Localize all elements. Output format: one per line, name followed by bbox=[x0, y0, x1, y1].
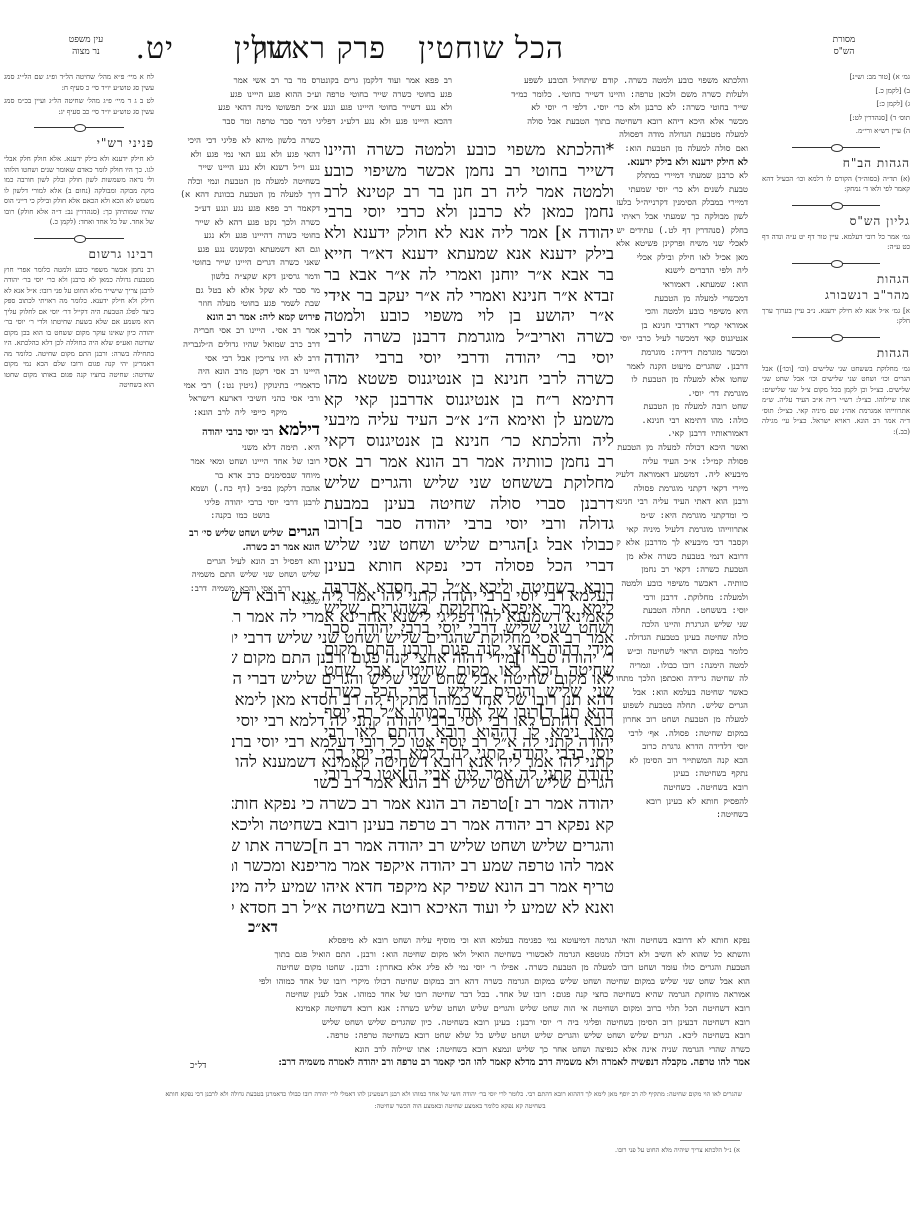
tosafot-dh-hagrim: הגרים שליש ושחט שליש סי׳ רב bbox=[160, 523, 320, 541]
rashi-line: שייר בחוטי כשרה: לא כרבנן ולא כר׳ יוסי. … bbox=[458, 101, 748, 115]
rashi-line: ומכשר מוגרמת דידיה: מוגרמת bbox=[616, 346, 748, 360]
rashi-line: כולה שחיטה בעינן בטבעת הגדולה. bbox=[616, 631, 748, 645]
footnote-note: א) נ״ל הלכתא צריך שיהיה מלא החוט על פני … bbox=[600, 1145, 740, 1155]
tosafot-line: דרב כרב שמואל שהיו גדולים ה״לגבריה bbox=[160, 338, 320, 352]
rashi-line: ואשר היכא דכולה למעלה מן הטבעת bbox=[616, 441, 748, 455]
gershom-continuation: שהגרים לאו הוי מקום שחיטה: מתקיף לה רב י… bbox=[86, 1089, 742, 1099]
gemara-line: אמר רב אסי מחלוקת שהגרים שליש ושחט שני ש… bbox=[232, 628, 614, 649]
gemara-line: דעלמא רבי יוסי ברבי יהודה קתני להו אמר ל… bbox=[232, 586, 614, 607]
tosafot-line: בשחיטה למעלה מן הטבעת ונמי וכלה bbox=[160, 175, 320, 189]
rashi-line: שני שליש הגרגרת והיינו הלכה bbox=[616, 618, 748, 632]
rashi-line: הוא: שמעתא. דאמוראי bbox=[616, 278, 748, 292]
hagahot-maharav-text: א] גמ׳ א״ל אנא לא חילק ידענא. נ״ב עיין ב… bbox=[762, 306, 910, 327]
tosafot-line: פגע בחוטי כשרה שייר בחוטי טרפה וע״כ ההוא… bbox=[160, 88, 452, 102]
rashi-line: פסולה קמ״ל: א״כ העיד עליה bbox=[616, 455, 748, 469]
rashi-line: כולה: מהו דתימא רבי חנינא. bbox=[616, 414, 748, 428]
ein-mishpat-entry: לט ב ג ד מיי׳ פ״ג מהל׳ שחיטה הל״ג ועיין … bbox=[4, 96, 154, 117]
tosafot-line: ודמר גרסינן דקא שקצ״ה בלשון bbox=[160, 270, 320, 284]
tosafot-line: רובו של אחד הייינו ושחט ומאי אמר bbox=[160, 455, 320, 469]
footnote-rule bbox=[680, 1140, 740, 1141]
tosafot-dibbur-hamatchil: פירוש קמא ליה: אמר רב הונא bbox=[160, 311, 320, 325]
tosafot-line: דקאמר רב פפא פגע נגע ונגע דע״כ bbox=[160, 202, 320, 216]
tosafot-line: דהכא הייינו פגע ולא נגע דלע״ג דפליגי דמר… bbox=[160, 115, 452, 129]
rashi-line: וקסבר דכי מיבעיא לך מדרבנן אלא קא bbox=[616, 536, 748, 550]
tosafot-line: היא. תימה דלא משני bbox=[160, 441, 320, 455]
rashi-line: יוסי דלדידה הדרא גרגרת כרוב bbox=[616, 740, 748, 754]
gemara-line: כבולו אבל ג]הגרים שליש ושחט שני שליש bbox=[324, 535, 614, 556]
rashi-dibbur-hamatchil: לא חילק ידענא ולא בילק ידענא. bbox=[616, 156, 748, 170]
rashi-line: מאן אכיל לאו חילק ובילק אכלי bbox=[616, 251, 748, 265]
rashi-line: דרובא דנמי בטבעת כשרה אלא מן bbox=[616, 550, 748, 564]
rashi-line: למעלה מן הטבעת ושחט רוב אחרון bbox=[616, 713, 748, 727]
gemara-line: דשייר בחוטי רב נחמן אכשר משיפוי כובע bbox=[324, 161, 614, 182]
rashi-line: מיירי דקאי דקתני מוגרמת פסולה bbox=[616, 482, 748, 496]
rashi-line: שחטו אלא למעלה מן הטבעת לו bbox=[616, 373, 748, 387]
rashi-line: כוותיה. דאכשר משיפוי כובע ולמטה bbox=[616, 577, 748, 591]
gemara-line: יהודה אמר רב ז]טרפה רב הונא אמר רב כשרה … bbox=[232, 794, 614, 815]
rashi-bottom: נפקא חותא לא דרובא בשחיטה והאי הגרמה דמי… bbox=[160, 934, 750, 1080]
rashi-line: נתקף בשחיטה: בעינן bbox=[616, 767, 748, 781]
gemara-text-wide: דעלמא רבי יוסי ברבי יהודה קתני להו אמר ל… bbox=[232, 586, 614, 919]
tosafot-line: שאני כשרה דגרים הייינו שייר בחוטי bbox=[160, 256, 320, 270]
rashi-line: והלכתא משפוי כובע ולמטה כשרה. קודם שיתחי… bbox=[458, 74, 748, 88]
rashi-line: לה שחיטה גרידה ואכתפן הלכך מתחר bbox=[616, 672, 748, 686]
gemara-line: הגרים שליש ושחט שליש רב הונא אמר רב כשרה… bbox=[314, 773, 614, 794]
gilyon-hashas-heading: גליון הש"ס bbox=[762, 213, 910, 229]
rashi-line: והשתא כל שהוא לא חשיב ולא דכולה מגוטפא ה… bbox=[160, 948, 750, 962]
tosafot-line: שליש ושחט שני שליש התם משמיה bbox=[160, 568, 320, 582]
masoret-ref: ב) [לקמן כ.] bbox=[762, 86, 910, 97]
gemara-line: לאו מקום שחיטה אבל שחט שני שליש והגרים ש… bbox=[232, 669, 614, 690]
tractate-name: חולין bbox=[234, 32, 294, 66]
right-margin: גמ׳ א) [טור מב: וש״נ] ב) [לקמן כ.] ג) [ל… bbox=[762, 72, 910, 492]
gemara-line: והגרים שליש ושחט שליש רב יהודה אמר רב ח]… bbox=[232, 836, 614, 857]
tosafot-line: ולא נגע דשייר בחוטי הייינו פגע ונגע א״כ … bbox=[160, 101, 452, 115]
gemara-line: משמע לן ואימא ה״נ א״כ העיד עליה מיבעי bbox=[324, 410, 614, 431]
tosafot-line: דהאי פגע ולא נגע האי נמי פגע ולא bbox=[160, 148, 320, 162]
rashi-line: רובא דשחיטה הכל תלוי ברוב ומקום ושחיטה א… bbox=[160, 1002, 750, 1016]
rashi-line: נפקא חותא לא דרובא בשחיטה והאי הגרמה דמי… bbox=[160, 934, 750, 948]
tosafot-line: הונא אמר רב כשרה. bbox=[160, 541, 320, 555]
rashi-line: בשחיטה: bbox=[616, 808, 748, 822]
gemara-line: רב נחמן כוותיה אמר רב הונא אמר רב אסי bbox=[324, 452, 614, 473]
gemara-line: כשרה לרבי חנינא בן אנטיגנוס פשטא מהו bbox=[324, 369, 614, 390]
rashi-line: לאכלי שני משיח ופרקינן פשיטא אלא bbox=[616, 237, 748, 251]
rashi-line: טבעת לשנים ולא כר׳ יוסי שמעתי bbox=[616, 183, 748, 197]
tosafot-line: כדאמרי׳ בתינוקין (גיטין נט:) רבי אמי bbox=[160, 379, 320, 393]
rashi-line: להפסיק חותא לא בעינן רובא bbox=[616, 795, 748, 809]
ornament-divider bbox=[792, 259, 881, 267]
tosafot-line: והא דפסיל רב הונא לעיל הגרים bbox=[160, 555, 320, 569]
rashi-line: אנטיגנוס קאי דמכשר לעיל כרבי יוסי bbox=[616, 332, 748, 346]
rashi-line: מכשר אלא היכא דיהא רובא דשחיטה בתוך הטבע… bbox=[458, 115, 748, 129]
rashi-line: כאשר שחיטה בעלמא הוא: אבל bbox=[616, 686, 748, 700]
rashi-line: בחלק (סנהדרין דף לט.) עתידים ישראל bbox=[616, 224, 748, 238]
page-header: מסורת הש"ס הכל שוחטין פרק ראשון חולין יט… bbox=[0, 30, 914, 70]
rashi-line: אמוראה מוחזקת הגרמה שהיא בשחיטה כחצי קנה… bbox=[160, 988, 750, 1002]
ornament-divider bbox=[34, 123, 124, 131]
tosafot-dh-bold: הגרים bbox=[288, 524, 320, 540]
tosafot-column: כשרה בלשון מיהא לא פליגי דכי היכי דהאי פ… bbox=[160, 134, 320, 634]
tosafot-line: בחוטי כשרה דהייינו פגע ולא נגע bbox=[160, 229, 320, 243]
masoret-ref: תוס׳ ד) [סנהדרין לט:] bbox=[762, 113, 910, 124]
pninei-rashi-text: לא חילק ידענא ולא בילק ידענא. אלא חולק ח… bbox=[4, 154, 154, 228]
tosafot-line: דרך למעלה מן הטבעת בכוונת דהא א) bbox=[160, 188, 320, 202]
gemara-line: אמר להו טרפה שמע רב יהודה איקפד אמר מריפ… bbox=[232, 856, 614, 877]
rashi-line: יוסי: בששחט. תחלה הטבעת bbox=[616, 604, 748, 618]
tosafot-line: כשרה בלשון מיהא לא פליגי דכי היכי bbox=[160, 134, 320, 148]
ornament-divider bbox=[792, 333, 881, 341]
gemara-line: דתימא ר״ח בן אנטיגנוס אדרבנן קאי קא bbox=[324, 390, 614, 411]
gemara-line: בר אבא א״ר יוחנן ואמרי לה א״ר אבא בר bbox=[324, 265, 614, 286]
gilyon-hashas-text: גמ׳ אמר כל רובי דעלמא. עיין טור דף יט ע״… bbox=[762, 232, 910, 253]
gemara-line: ולמטה אמר ליה רב חנן בר רב קטינא לרב bbox=[324, 182, 614, 203]
rashi-line: הכא קנה המשתייר רוב הסימן לא bbox=[616, 754, 748, 768]
rashi-line: ולמעלה: מחלוקת. דרבנן ורבי bbox=[616, 591, 748, 605]
rashi-line: כלומר במקום הראוי לשחיטה וכ״ש bbox=[616, 645, 748, 659]
tosafot-dh-bold: דילמא bbox=[278, 420, 320, 440]
tosafot-line: מר סבר לא שקל אלא לא בטל גם bbox=[160, 284, 320, 298]
tosafot-dh-text: רבי יוסי ברבי יהודה bbox=[202, 427, 273, 438]
tosafot-line: נגע וי״ל דשנא ולא נגע הייינו שייר bbox=[160, 161, 320, 175]
hagahot-maharav-heading-2: מהר"ב רנשבורג bbox=[762, 287, 910, 303]
gemara-line: קאמינא דשמענא להו דפליגי לישנא אחרינא אמ… bbox=[232, 607, 614, 628]
gemara-line: זבדא א״ר חנינא ואמרי לה א״ר יעקב בר אידי bbox=[324, 286, 614, 307]
page-number: יט. bbox=[135, 32, 174, 66]
masoret-ref: ה) עיין רש״א ורי״מ. bbox=[762, 126, 910, 137]
gemara-line: יוסי בר׳ יהודה ודרבי יוסי ברבי יהודה bbox=[324, 348, 614, 369]
gemara-line: ואנא לא שמיע לי ועוד האיכא רובא בשחיטה א… bbox=[232, 898, 614, 919]
tosafot-dh-dilma: דילמא רבי יוסי ברבי יהודה bbox=[160, 419, 320, 441]
hagahot-heading: הגהות bbox=[762, 345, 910, 361]
gemara-line: דברי הכל פסולה דכי נפקא חותא בעינן bbox=[324, 556, 614, 577]
rashi-line: ואם סולה למעלה מן הטבעת הוא: bbox=[616, 142, 748, 156]
tosafot-dh-text: שליש ושחט שליש סי׳ רב bbox=[189, 528, 283, 539]
rashi-column: ואם סולה למעלה מן הטבעת הוא: לא חילק ידע… bbox=[616, 142, 748, 842]
masoret-hashas-label: מסורת הש"ס bbox=[814, 34, 874, 58]
gemara-line: א״ר יהושע בן לוי משפוי כובע ולמטה bbox=[324, 306, 614, 327]
pninei-rashi-heading: פניני רש"י bbox=[4, 135, 154, 151]
rashi-line: כי ומדקתני מוגרמת היא: ש״מ bbox=[616, 509, 748, 523]
gemara-line: יהודה קתני לה א״ל רב יוסף אטו כל רובי דע… bbox=[232, 732, 614, 753]
gemara-line: ליה והלכתא כר׳ חנינא בן אנטיגנוס דקאי bbox=[324, 431, 614, 452]
gemara-line: כשרה ואריב״ל מוגרמת דרבנן כשרה לרבי bbox=[324, 327, 614, 348]
tosafot-line: כשרה ולכך נקט פגע דהא לא שייר bbox=[160, 216, 320, 230]
ein-mishpat-entry: לח א מיי׳ פ״א מהל׳ שחיטה הל״ד ופ״ג שם הל… bbox=[4, 72, 154, 93]
rashi-line: רובא בשחיטה. כשחיטה bbox=[616, 781, 748, 795]
rashi-line: רובא דשחיטה דבעינן רוב הסימן בשחיטה ופלי… bbox=[160, 1016, 750, 1030]
tosafot-line: אהבה דלקמן בפ״ב (דף כח.) ושמא bbox=[160, 482, 320, 496]
rashi-line: רובא בשחיטה ליכא. הגרים שליש ושחט שליש ו… bbox=[160, 1029, 750, 1043]
gemara-line: בילק ידענא אנא שמעתא ידענא דא״ר חייא bbox=[324, 244, 614, 265]
masoret-hashas: גמ׳ א) [טור מב: וש״נ] ב) [לקמן כ.] ג) [ל… bbox=[762, 72, 910, 137]
rashi-line: לשון מבולקה כך שמעתי אבל ראיתי bbox=[616, 210, 748, 224]
tosafot-line: ורבי אסי כהני חשיבי דארעא דישראל bbox=[160, 392, 320, 406]
masoret-ref: ג) [לקמן כ:] bbox=[762, 99, 910, 110]
gemara-line: דהא תנן רובו של אחד כמוהו מתקיף לה רב חס… bbox=[232, 690, 614, 711]
gemara-line: גדולה ורבי יוסי ברבי יהודה סבר ב]רובו bbox=[324, 514, 614, 535]
tosafot-line: שבת לשמר פגע בחוטי מעלה חוזר bbox=[160, 297, 320, 311]
tosafot-line: וגם הא דשמעתא ובקשנש נגע פגע bbox=[160, 243, 320, 257]
tosafot-line: דרב לא היו צריכין אבל רבי אסי bbox=[160, 352, 320, 366]
rashi-line: מוגרמת דר׳ יוסי. bbox=[616, 387, 748, 401]
rashi-line: הוא אבל שחט שני שליש במקום שחיטה ושחט של… bbox=[160, 975, 750, 989]
rashi-line: שחט רובה למעלה מן הטבעת bbox=[616, 400, 748, 414]
rashi-line: אמר להו טרפה. מקבלה דנפשיה לאמרה ולא משמ… bbox=[160, 1056, 750, 1070]
rashi-line: במקום שחיטה: פסולה. אף׳ לרבי bbox=[616, 727, 748, 741]
tosafot-line: מיוחד שבסימנים כרב אדא בר bbox=[160, 469, 320, 483]
rashi-line: דרבנן. שהגרים מיעוט הקנה לאמר bbox=[616, 360, 748, 374]
hagahot-maharav-heading-1: הגהות bbox=[762, 271, 910, 287]
rabbeinu-gershom-text: רב נחמן אכשר משפוי כובע ולמטה כלומר אפרי… bbox=[4, 265, 154, 391]
tosafot-line: אמר רב אסי. הייינו רב אסי חבריה bbox=[160, 324, 320, 338]
rashi-line: הטבעת והגרים כולו עומד ושחט רובו למעלה מ… bbox=[160, 961, 750, 975]
chapter-name: הכל שוחטין bbox=[418, 32, 564, 66]
hagahot-habach-heading: הגהות הב"ח bbox=[762, 155, 910, 171]
rashi-line: ורבנן הוא דאתי העיד עליה רבי חנינא bbox=[616, 495, 748, 509]
ornament-divider bbox=[792, 201, 881, 209]
rashi-line: כשרה שהרי הגרמה שניה אינה אלא כנפיצה ושח… bbox=[160, 1043, 750, 1057]
hagahot-text: גמ׳ מחלוקת בששחט שני שלישים (וכו׳ [וכו׳]… bbox=[762, 364, 910, 438]
gemara-line: רובא דהתם לאו רבי יוסי ברבי יהודה קתני ל… bbox=[232, 711, 614, 732]
gemara-line: טריף אמר רב הונא שפיר קא מיקפד חדא איהו … bbox=[232, 877, 614, 898]
rashi-top: והלכתא משפוי כובע ולמטה כשרה. קודם שיתחי… bbox=[458, 74, 748, 146]
rashi-line: דמיירי במבלק הסימנין דקרנייה״ל בלעז bbox=[616, 196, 748, 210]
gemara-line: מחלוקת בששחט שני שליש והגרים שליש bbox=[324, 473, 614, 494]
rashi-line: הגרים שליש. תחלה בטבעת לשפוע bbox=[616, 699, 748, 713]
tosafot-line: הייינו רב אסי דקטן מרב הונא היה bbox=[160, 365, 320, 379]
tosafot-line: מיקף כייפי ליה לרב הונא: bbox=[160, 406, 320, 420]
ornament-divider bbox=[34, 234, 124, 242]
rashi-line: אתרווייהו מוגרמת דלעיל מיניה קאי bbox=[616, 523, 748, 537]
rashi-line: ולעלות כשרה משם ולכאן טרפה: והיינו דשייר… bbox=[458, 88, 748, 102]
rashi-line: דמכשרי למעלה מן הטבעת bbox=[616, 292, 748, 306]
gemara-line: קא נפקא רב יהודה אמר רב טרפה בעינן רובא … bbox=[232, 815, 614, 836]
gershom-continuation-2: בשחיטה קא נפקא כלומר באמצע שחיטה ובאמצע … bbox=[320, 1101, 600, 1111]
masoret-ref: גמ׳ א) [טור מב: וש״נ] bbox=[762, 72, 910, 83]
left-margin: לח א מיי׳ פ״א מהל׳ שחיטה הל״ד ופ״ג שם הל… bbox=[4, 72, 154, 1072]
gemara-line: יהודה א] אמר ליה אנא לא חולק ידענא ולא bbox=[324, 223, 614, 244]
tosafot-line: רב פפא אמר ועוד דלקמן גרים בקונטרס מר בר… bbox=[160, 74, 452, 88]
tosafot-line: לרבנן דרבי יוסי ברבי יהודה פליגי bbox=[160, 496, 320, 510]
rashi-line: מיבעיא ליה. דמשמע דאמוראה דלעיל bbox=[616, 468, 748, 482]
gemara-line: נחמן כמאן לא כרבנן ולא כרבי יוסי ברבי bbox=[324, 202, 614, 223]
rashi-line: למטה הימנה: רובו כבולו. וגמריה bbox=[616, 659, 748, 673]
rashi-line: הטבעת כשרה: דקאי רב נחמן bbox=[616, 563, 748, 577]
rashi-line: לא כרבנן שמעתי דמיירי במתלק bbox=[616, 169, 748, 183]
rashi-line: היא משיפוי כובע ולמטה והכי bbox=[616, 305, 748, 319]
rashi-line: אמוראי קמרי דאדרבי חנינא בן bbox=[616, 319, 748, 333]
rashi-line: דאמוראותיו דרבנן קאי. bbox=[616, 427, 748, 441]
rashi-line: ליה ולפי הדברים לישנא bbox=[616, 264, 748, 278]
tosafot-line: בושט כמו בקנה: bbox=[160, 509, 320, 523]
tosafot-top: רב פפא אמר ועוד דלקמן גרים בקונטרס מר בר… bbox=[160, 74, 452, 134]
gemara-line: *והלכתא משפוי כובע ולמטה כשרה והיינו bbox=[324, 140, 614, 161]
hagahot-habach-text: (א) תד״ה (בסוה״ד) הקורם לו דלמא וכו׳ הכע… bbox=[762, 174, 910, 195]
rabbeinu-gershom-heading: רבינו גרשום bbox=[4, 246, 154, 262]
ein-mishpat-label: עין משפט נר מצוה bbox=[56, 34, 116, 58]
gemara-line: ר׳ יהודה סבר ו]מידי דהוה אחצי קנה פגום ו… bbox=[232, 648, 614, 669]
rashi-catchword: דל״כ bbox=[190, 1060, 206, 1071]
gemara-line: דרבנן סברי סולה שחיטה בעינן במבעת bbox=[324, 494, 614, 515]
gemara-line: קתני להו אמר ליה אנא רובא דשחיטה קאמינא … bbox=[232, 752, 614, 773]
ornament-divider bbox=[792, 143, 881, 151]
